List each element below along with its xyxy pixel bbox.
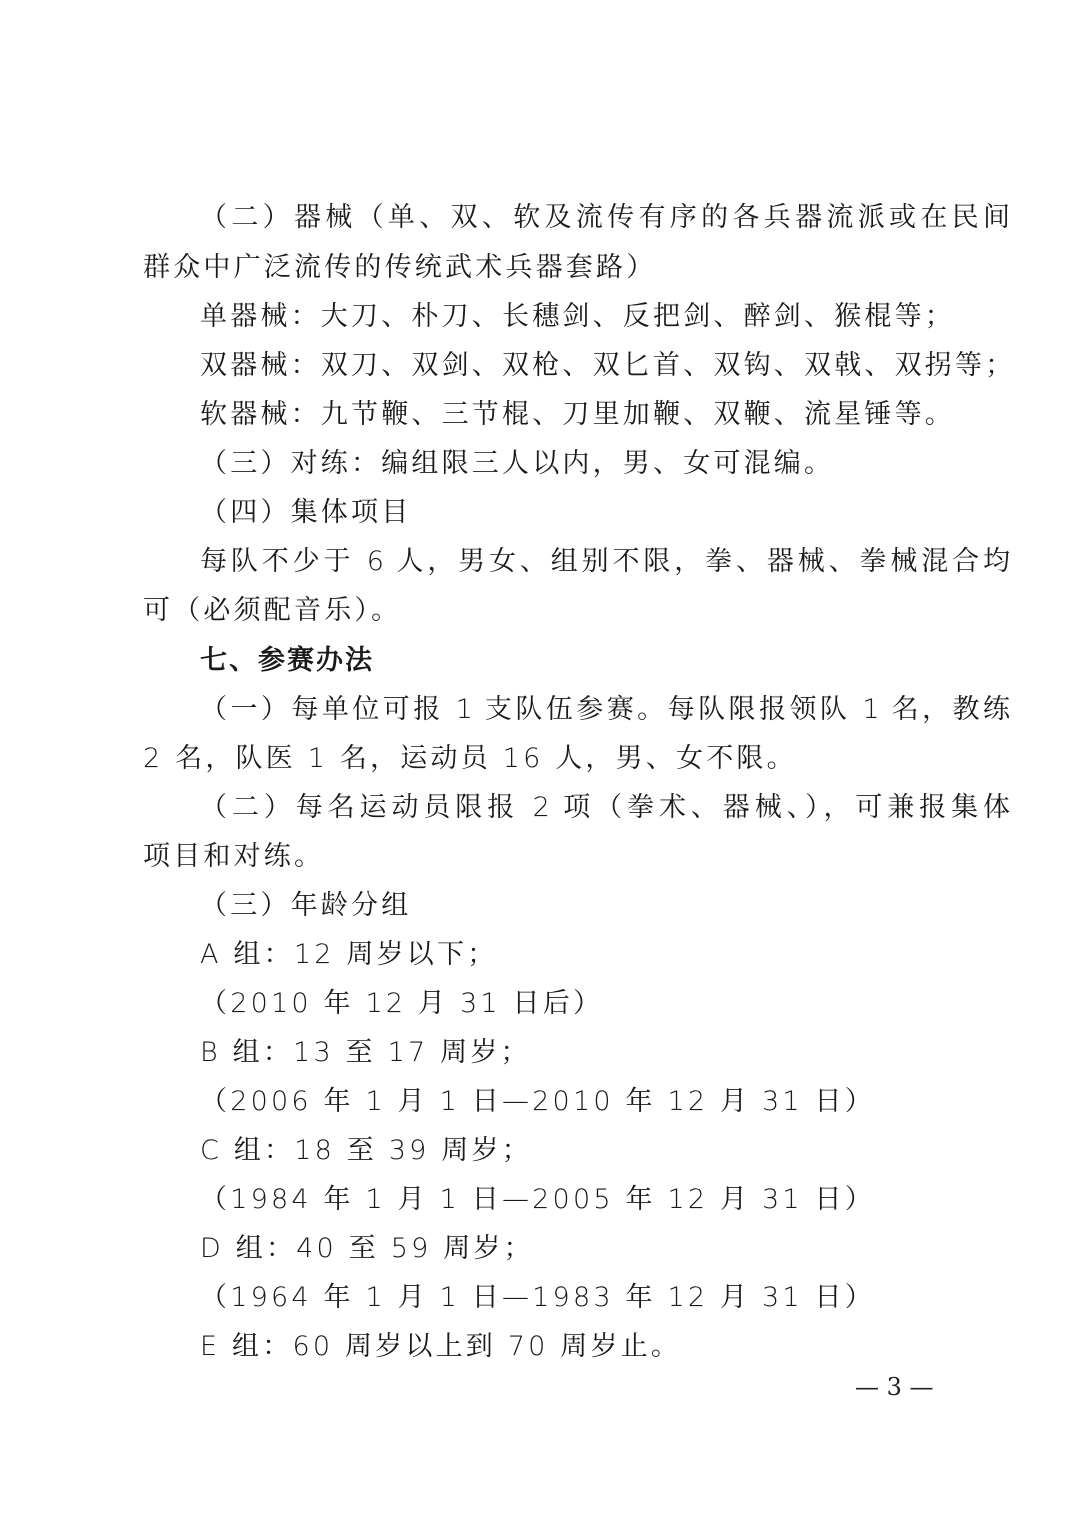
age-group-e: E 组：60 周岁以上到 70 周岁止。 (200, 1329, 1010, 1365)
age-groups-heading: （三）年龄分组 (200, 888, 1010, 924)
age-group-a-dates: （2010 年 12 月 31 日后） (200, 986, 1010, 1022)
soft-weapons-line: 软器械：九节鞭、三节棍、刀里加鞭、双鞭、流星锤等。 (200, 397, 1010, 433)
participation-item1-line2: 2 名，队医 1 名，运动员 16 人，男、女不限。 (143, 741, 953, 777)
age-group-b-dates: （2006 年 1 月 1 日—2010 年 12 月 31 日） (200, 1084, 1010, 1120)
section-heading-participation: 七、参赛办法 (200, 643, 1010, 679)
participation-item2-line1: （二）每名运动员限报 2 项（拳术、器械、），可兼报集体 (200, 790, 1010, 826)
paragraph-equipment-heading-line2: 群众中广泛流传的传统武术兵器套路） (143, 250, 953, 286)
sparring-line: （三）对练：编组限三人以内，男、女可混编。 (200, 446, 1010, 482)
single-weapons-line: 单器械：大刀、朴刀、长穗剑、反把剑、醉剑、猴棍等； (200, 299, 1010, 335)
group-events-line2: 可（必须配音乐）。 (143, 593, 953, 629)
participation-item1-line1: （一）每单位可报 1 支队伍参赛。每队限报领队 1 名，教练 (200, 692, 1010, 728)
double-weapons-line: 双器械：双刀、双剑、双枪、双匕首、双钩、双戟、双拐等； (200, 348, 1010, 384)
age-group-c-dates: （1984 年 1 月 1 日—2005 年 12 月 31 日） (200, 1182, 1010, 1218)
age-group-a: A 组：12 周岁以下； (200, 937, 1010, 973)
age-group-c: C 组：18 至 39 周岁； (200, 1133, 1010, 1169)
group-events-line1: 每队不少于 6 人，男女、组别不限，拳、器械、拳械混合均 (200, 544, 1010, 580)
group-events-heading: （四）集体项目 (200, 495, 1010, 531)
age-group-b: B 组：13 至 17 周岁； (200, 1035, 1010, 1071)
participation-item2-line2: 项目和对练。 (143, 839, 953, 875)
paragraph-equipment-heading-line1: （二）器械（单、双、软及流传有序的各兵器流派或在民间 (200, 200, 1010, 236)
page-number: — 3 — (855, 1372, 934, 1402)
document-page: （二）器械（单、双、软及流传有序的各兵器流派或在民间 群众中广泛流传的传统武术兵… (0, 0, 1080, 1527)
age-group-d: D 组：40 至 59 周岁； (200, 1231, 1010, 1267)
age-group-d-dates: （1964 年 1 月 1 日—1983 年 12 月 31 日） (200, 1280, 1010, 1316)
